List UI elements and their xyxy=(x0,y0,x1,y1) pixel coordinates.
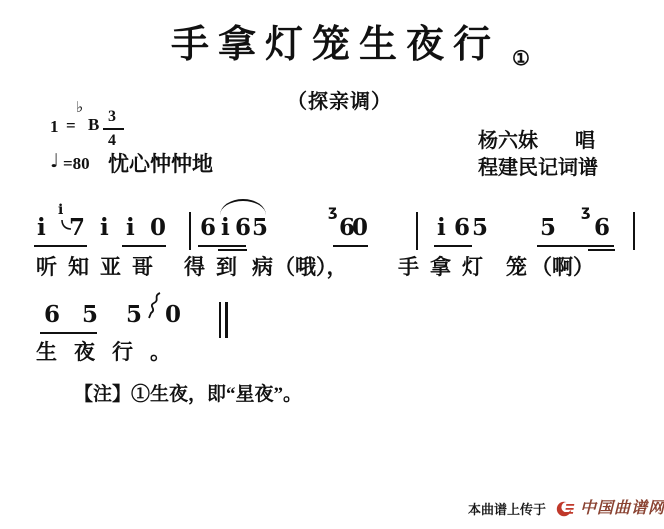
notation-credit: 程建民记词谱 xyxy=(478,158,598,178)
site-logo-icon xyxy=(556,499,576,519)
rest: 0 xyxy=(352,216,368,239)
tempo-value: =80 xyxy=(63,155,90,172)
final-barline-thick xyxy=(225,302,228,338)
lyric-text: 手拿灯 xyxy=(398,257,494,278)
lyric-text: 得到 xyxy=(184,257,248,278)
rest: 0 xyxy=(165,303,181,326)
beam-underline xyxy=(537,245,614,247)
singer-name: 杨六妹 xyxy=(478,131,538,151)
singer-role: 唱 xyxy=(575,131,595,151)
sheet-music-page: 手拿灯笼生夜行 ① （探亲调） 1 = ♭ B 3 4 ♩ =80 忧心忡忡地 … xyxy=(0,0,664,529)
note: i xyxy=(126,216,135,239)
note: 5 xyxy=(472,216,488,239)
note: 5 xyxy=(252,216,268,239)
note: 6 xyxy=(235,216,251,239)
lyric-text: 生夜行。 xyxy=(36,342,188,363)
note: 5 xyxy=(82,303,98,326)
meter-denominator: 4 xyxy=(108,133,116,149)
beam-underline xyxy=(588,249,615,251)
final-barline-thin xyxy=(219,302,221,338)
footer-upload-text: 本曲谱上传于 xyxy=(468,503,546,516)
note: 6 xyxy=(200,216,216,239)
meter-fraction-bar xyxy=(103,128,124,130)
equals-sign: = xyxy=(66,117,76,134)
key-letter: B xyxy=(88,116,99,133)
slur-arc xyxy=(220,199,266,215)
note: 6 xyxy=(44,303,60,326)
meter-numerator: 3 xyxy=(108,109,116,125)
tempo-expression: 忧心忡忡地 xyxy=(108,154,213,175)
subtitle-tune-name: （探亲调） xyxy=(287,92,392,112)
beam-underline xyxy=(34,245,87,247)
lyric-text: （啊） xyxy=(531,257,594,278)
title-footnote-ref: ① xyxy=(512,49,530,69)
note: 6 xyxy=(454,216,470,239)
beam-underline xyxy=(333,245,368,247)
note: 5 xyxy=(126,303,142,326)
site-name: 中国曲谱网 xyxy=(580,501,664,517)
rest: 0 xyxy=(150,216,166,239)
page-title: 手拿灯笼生夜行 xyxy=(171,26,500,64)
note: 7 xyxy=(69,216,85,239)
beam-underline xyxy=(122,245,166,247)
note: i xyxy=(37,216,46,239)
note: 5 xyxy=(540,216,556,239)
beam-underline xyxy=(198,245,246,247)
barline xyxy=(633,212,635,250)
beam-underline xyxy=(434,245,472,247)
barline xyxy=(416,212,418,250)
note: i xyxy=(100,216,109,239)
ornament-icon: ʒ xyxy=(328,204,338,219)
footnote: 【注】①生夜，即“星夜”。 xyxy=(74,385,302,404)
lyric-text: 笼 xyxy=(506,257,527,278)
flat-sign-icon: ♭ xyxy=(76,100,83,115)
barline xyxy=(189,212,191,250)
lyric-text: （哦）， xyxy=(274,257,348,278)
note: i xyxy=(437,216,446,239)
lyric-text: 病 xyxy=(252,257,273,278)
slide-down-icon xyxy=(147,292,163,320)
quarter-note-icon: ♩ xyxy=(50,152,59,171)
beam-underline xyxy=(40,332,97,334)
beam-underline xyxy=(218,249,247,251)
grace-note: i xyxy=(58,203,63,217)
lyric-text: 听知亚哥 xyxy=(36,257,164,278)
note: 6 xyxy=(594,216,610,239)
key-tonic: 1 xyxy=(50,118,59,135)
ornament-icon: ʒ xyxy=(581,204,591,219)
note: i xyxy=(221,216,230,239)
